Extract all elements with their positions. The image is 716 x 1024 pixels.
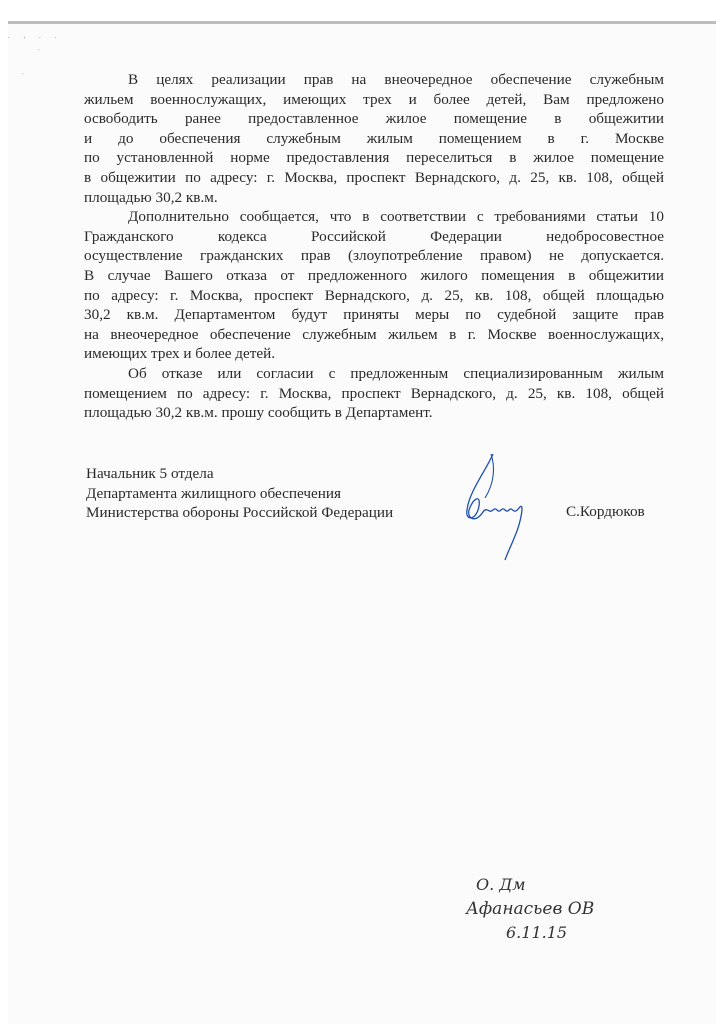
text-line: имеющих трех и более детей. xyxy=(84,344,664,364)
text-line: в общежитии по адресу: г. Москва, проспе… xyxy=(84,168,664,188)
paragraph-2: Дополнительно сообщается, что в соответс… xyxy=(84,207,664,364)
text-line: по установленной норме предоставления пе… xyxy=(84,148,664,168)
paragraph-3: Об отказе или согласии с предложенным сп… xyxy=(84,364,664,423)
text-line: 30,2 кв.м. Департаментом будут приняты м… xyxy=(84,305,664,325)
letter-body: В целях реализации прав на внеочередное … xyxy=(84,70,664,423)
text-line: В целях реализации прав на внеочередное … xyxy=(84,70,664,90)
signatory-title-line: Департамента жилищного обеспечения xyxy=(86,484,393,504)
handnote-line2: Афанасьев ОВ xyxy=(465,899,594,919)
text-line: осуществление гражданских прав (злоупотр… xyxy=(84,246,664,266)
text-line: жильем военнослужащих, имеющих трех и бо… xyxy=(84,90,664,110)
signatory-title-line: Министерства обороны Российской Федераци… xyxy=(86,503,393,523)
text-line: по адресу: г. Москва, проспект Вернадско… xyxy=(84,286,664,306)
signatory-title: Начальник 5 отдела Департамента жилищног… xyxy=(86,464,393,523)
handwritten-signature-icon xyxy=(455,452,545,567)
paragraph-1: В целях реализации прав на внеочередное … xyxy=(84,70,664,207)
text-line: и до обеспечения служебным жилым помещен… xyxy=(84,129,664,149)
scan-specks: . , . . xyxy=(8,32,62,40)
text-line: Об отказе или согласии с предложенным сп… xyxy=(84,364,664,384)
text-line: площадью 30,2 кв.м. xyxy=(84,188,664,208)
text-line: освободить ранее предоставленное жилое п… xyxy=(84,109,664,129)
handnote-line1: О. Дм xyxy=(476,875,526,894)
text-line: помещением по адресу: г. Москва, проспек… xyxy=(84,384,664,404)
text-line: Гражданского кодекса Российской Федераци… xyxy=(84,227,664,247)
handwritten-receipt-note: О. Дм Афанасьев ОВ 6.11.15 xyxy=(460,868,660,953)
handnote-date: 6.11.15 xyxy=(506,923,567,942)
text-line: Дополнительно сообщается, что в соответс… xyxy=(84,207,664,227)
text-line: на внеочередное обеспечение служебным жи… xyxy=(84,325,664,345)
scan-speck: . xyxy=(22,68,24,76)
signatory-title-line: Начальник 5 отдела xyxy=(86,464,393,484)
text-line: площадью 30,2 кв.м. прошу сообщить в Деп… xyxy=(84,403,664,423)
signatory-name: С.Кордюков xyxy=(566,503,645,521)
text-line: В случае Вашего отказа от предложенного … xyxy=(84,266,664,286)
scan-speck: . xyxy=(38,44,40,52)
